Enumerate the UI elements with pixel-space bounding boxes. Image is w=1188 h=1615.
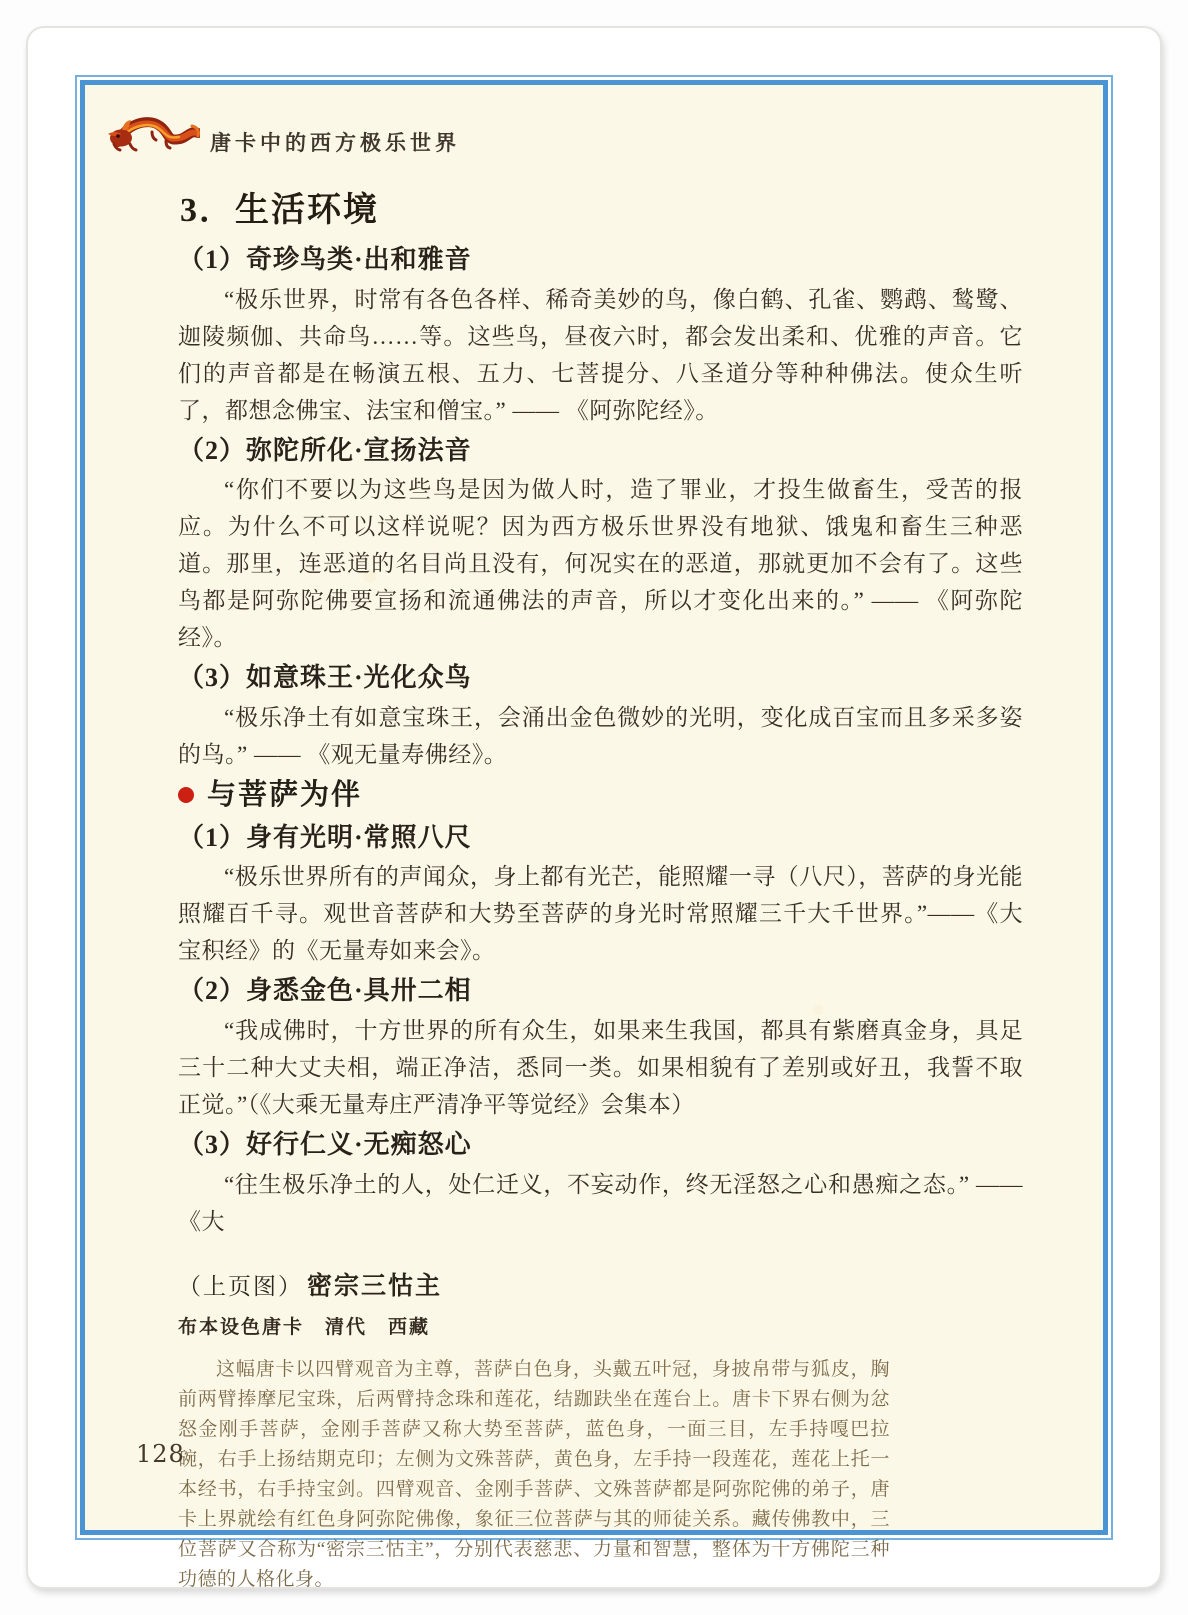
subsection-body: “往生极乐净土的人，处仁迁义，不妄动作，终无淫怒之心和愚痴之态。” —— 《大: [178, 1166, 1023, 1240]
figure-caption: （上页图） 密宗三怙主 布本设色唐卡 清代 西藏 这幅唐卡以四臂观音为主尊，菩萨…: [178, 1266, 890, 1595]
subsection-golden-body: （2）身悉金色·具卅二相 “我成佛时，十方世界的所有众生，如果来生我国，都具有紫…: [178, 977, 1023, 1123]
bullet-section-heading: 与菩萨为伴: [178, 781, 1023, 810]
subsection-body: “我成佛时，十方世界的所有众生，如果来生我国，都具有紫磨真金身，具足三十二种大丈…: [178, 1012, 1023, 1123]
dragon-logo-icon: [104, 108, 200, 165]
caption-body: 这幅唐卡以四臂观音为主尊，菩萨白色身，头戴五叶冠，身披帛带与狐皮，胸前两臂捧摩尼…: [178, 1355, 890, 1595]
book-title: 唐卡中的西方极乐世界: [210, 117, 460, 157]
subsection-amitabha-transformation: （2）弥陀所化·宣扬法音 “你们不要以为这些鸟是因为做人时，造了罪业，才投生做畜…: [178, 437, 1023, 657]
subsection-benevolence: （3）好行仁义·无痴怒心 “往生极乐净土的人，处仁迁义，不妄动作，终无淫怒之心和…: [178, 1131, 1023, 1240]
subsection-heading: （1）奇珍鸟类·出和雅音: [178, 246, 1023, 275]
running-header: 唐卡中的西方极乐世界: [104, 108, 460, 165]
subsection-heading: （1）身有光明·常照八尺: [178, 824, 1023, 853]
subsection-body-radiance: （1）身有光明·常照八尺 “极乐世界所有的声闻众，身上都有光芒，能照耀一寻（八尺…: [178, 824, 1023, 970]
bullet-section-title: 与菩萨为伴: [207, 781, 362, 810]
section-title: 3．生活环境: [180, 182, 379, 231]
subsection-birds-sounds: （1）奇珍鸟类·出和雅音 “极乐世界，时常有各色各样、稀奇美妙的鸟，像白鹤、孔雀…: [178, 246, 1023, 429]
subsection-body: “极乐净土有如意宝珠王，会涌出金色微妙的光明，变化成百宝而且多采多姿的鸟。” —…: [178, 699, 1023, 773]
caption-title-row: （上页图） 密宗三怙主: [178, 1266, 890, 1302]
page-content: （1）奇珍鸟类·出和雅音 “极乐世界，时常有各色各样、稀奇美妙的鸟，像白鹤、孔雀…: [178, 246, 1023, 1595]
subsection-body: “极乐世界所有的声闻众，身上都有光芒，能照耀一寻（八尺），菩萨的身光能照耀百千寻…: [178, 858, 1023, 969]
subsection-heading: （3）好行仁义·无痴怒心: [178, 1131, 1023, 1160]
caption-label: （上页图）: [178, 1274, 303, 1299]
subsection-heading: （3）如意珠王·光化众鸟: [178, 664, 1023, 693]
subsection-body: “极乐世界，时常有各色各样、稀奇美妙的鸟，像白鹤、孔雀、鹦鹉、鹙鹭、迦陵频伽、共…: [178, 281, 1023, 429]
red-bullet-icon: [178, 787, 194, 803]
caption-meta: 布本设色唐卡 清代 西藏: [178, 1312, 890, 1339]
subsection-wish-jewel: （3）如意珠王·光化众鸟 “极乐净土有如意宝珠王，会涌出金色微妙的光明，变化成百…: [178, 664, 1023, 773]
subsection-body: “你们不要以为这些鸟是因为做人时，造了罪业，才投生做畜生，受苦的报应。为什么不可…: [178, 471, 1023, 656]
page-number: 128: [136, 1440, 185, 1468]
subsection-heading: （2）弥陀所化·宣扬法音: [178, 437, 1023, 466]
subsection-heading: （2）身悉金色·具卅二相: [178, 977, 1023, 1006]
caption-title: 密宗三怙主: [307, 1272, 442, 1300]
